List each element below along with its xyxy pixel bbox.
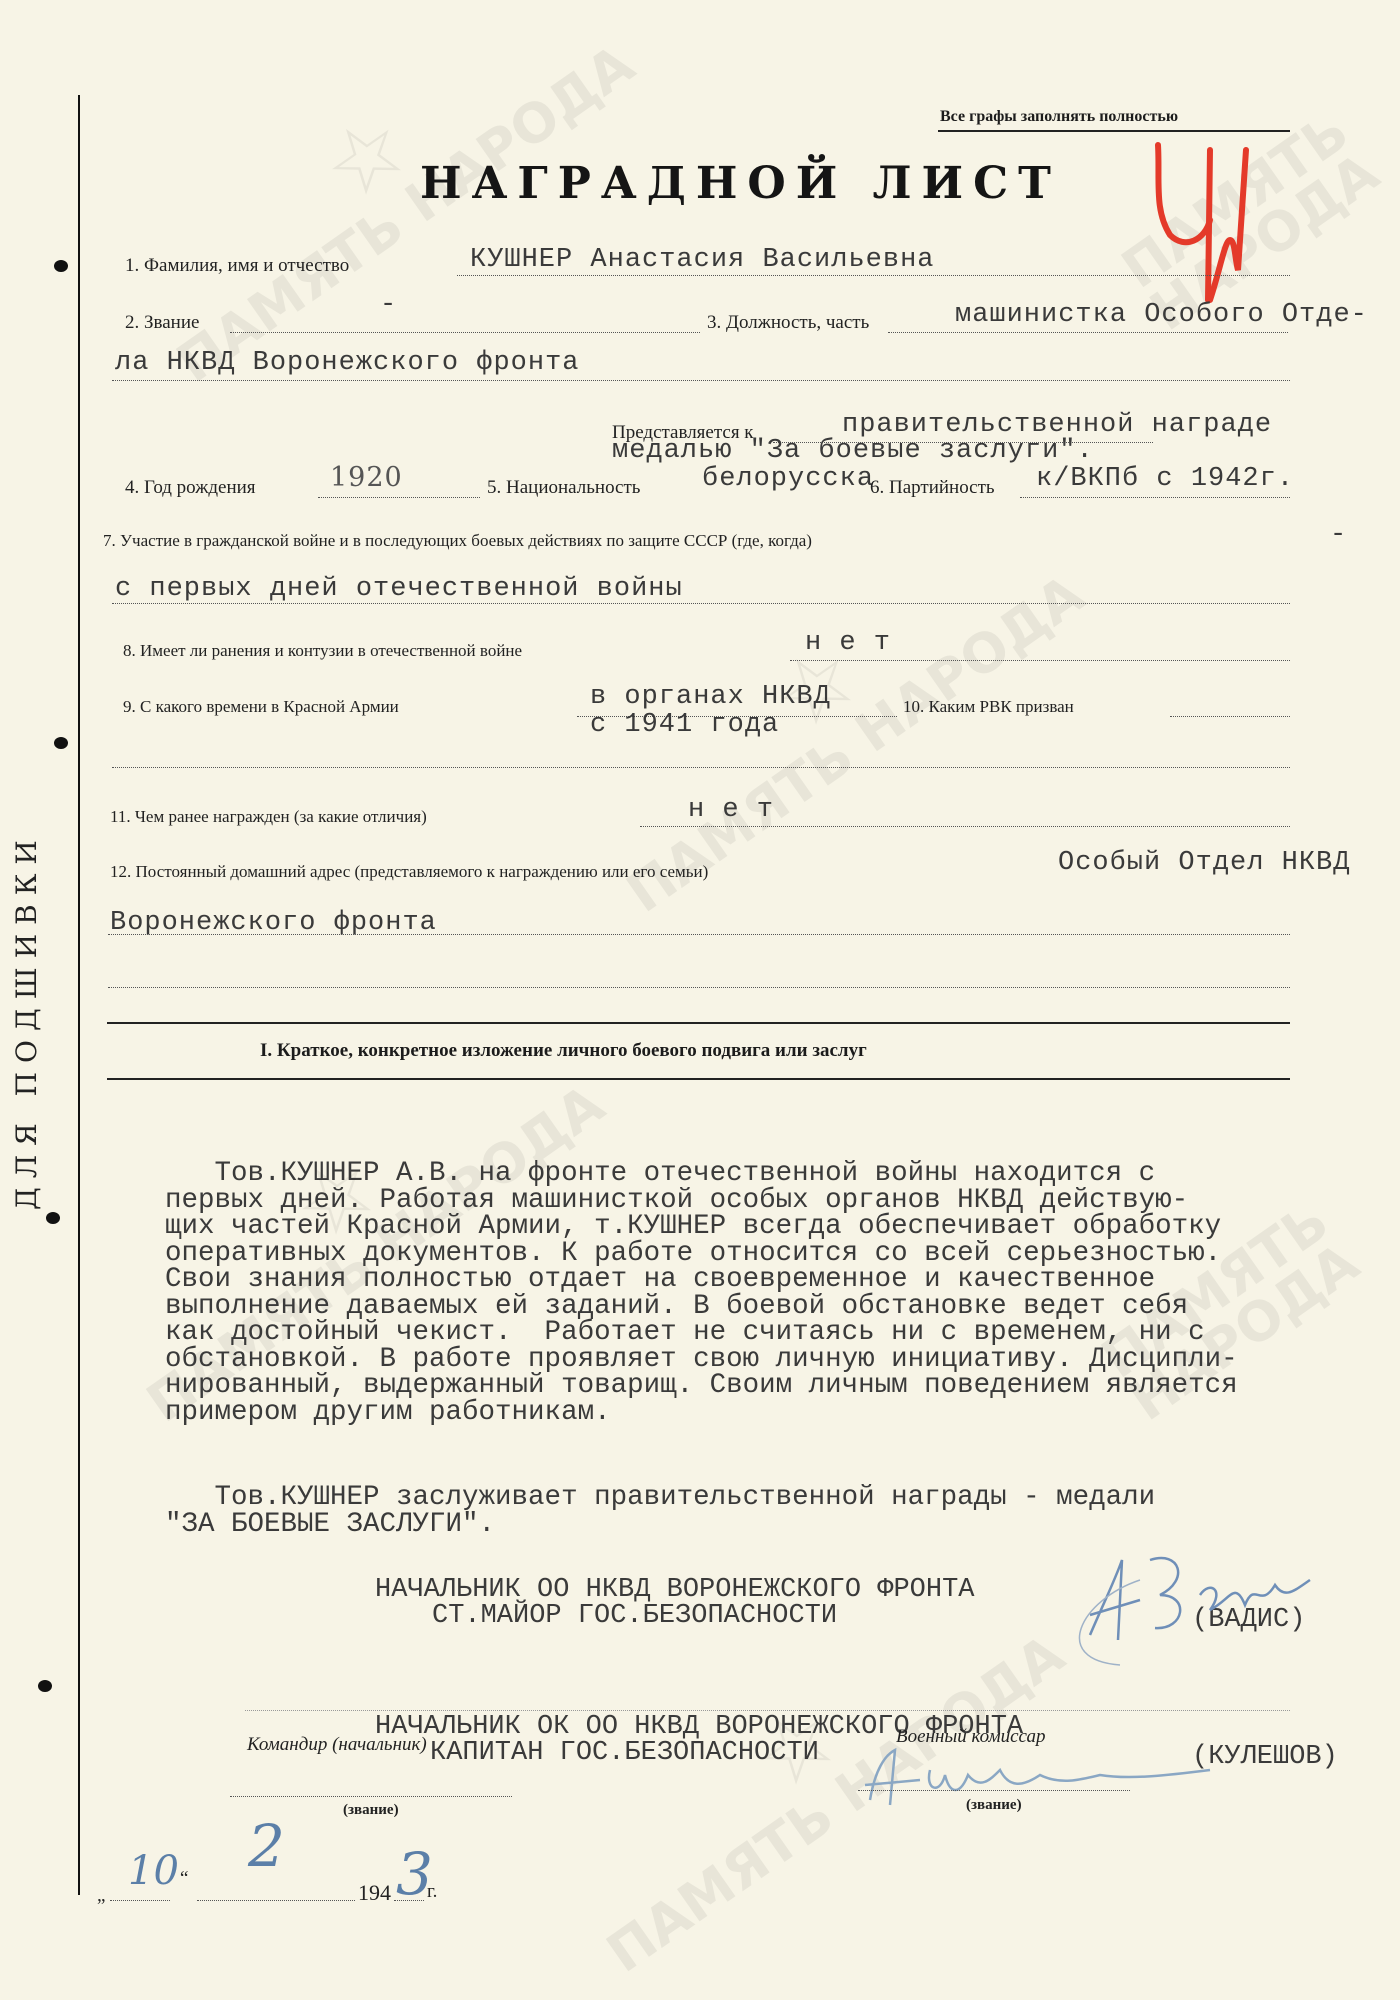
- field-4-label: 4. Год рождения: [125, 477, 256, 499]
- binding-hole: [54, 737, 68, 749]
- field-8-value: н е т: [805, 628, 891, 658]
- field-5-label: 5. Национальность: [487, 477, 640, 499]
- field-1-value: КУШНЕР Анастасия Васильевна: [470, 245, 934, 275]
- date-close-quote: “: [180, 1868, 188, 1890]
- nomination-value-line2: медалью "За боевые заслуги".: [612, 436, 1094, 466]
- field-6-value: к/ВКПб с 1942г.: [1036, 464, 1294, 494]
- field-9-value-line1: в органах НКВД: [590, 682, 831, 712]
- signatory-1-rank: СТ.МАЙОР ГОС.БЕЗОПАСНОСТИ: [432, 1601, 837, 1631]
- field-7-dash: -: [1330, 520, 1347, 550]
- field-4-line: [318, 497, 480, 498]
- field-9-label: 9. С какого времени в Красной Армии: [123, 697, 399, 717]
- field-6-label: 6. Партийность: [870, 477, 995, 499]
- binding-hole: [54, 260, 68, 272]
- field-7-value: с первых дней отечественной войны: [115, 574, 683, 604]
- field-11-line: [640, 826, 1290, 827]
- section-bottom-rule: [107, 1078, 1290, 1080]
- field-9-line2: [112, 767, 1290, 768]
- field-7-label: 7. Участие в гражданской войне и в после…: [103, 531, 812, 551]
- merit-paragraph-1: Тов.КУШНЕР А.В. на фронте отечественной …: [165, 1161, 1400, 1426]
- signature-2: [850, 1740, 1280, 1824]
- date-month: 2: [248, 1812, 285, 1880]
- field-2-value: -: [380, 290, 397, 320]
- field-12-line2: [108, 987, 1290, 988]
- field-11-label: 11. Чем ранее награжден (за какие отличи…: [110, 807, 427, 827]
- field-10-label: 10. Каким РВК призван: [903, 697, 1074, 717]
- binding-hole: [46, 1212, 60, 1224]
- field-1-label: 1. Фамилия, имя и отчество: [125, 255, 349, 277]
- field-9-value-line2: с 1941 года: [590, 710, 779, 740]
- field-3-label: 3. Должность, часть: [707, 312, 869, 334]
- red-handwritten-mark: [1150, 140, 1260, 314]
- field-8-label: 8. Имеет ли ранения и контузии в отечест…: [123, 641, 522, 661]
- merit-paragraph-2: Тов.КУШНЕР заслуживает правительственной…: [165, 1485, 1400, 1538]
- field-5-value: белорусска: [702, 464, 874, 494]
- date-month-line: [197, 1900, 355, 1901]
- field-12-label: 12. Постоянный домашний адрес (представл…: [110, 862, 708, 882]
- field-3-value-line1: машинистка Особого Отде-: [955, 300, 1368, 330]
- field-3-line: [888, 332, 1288, 333]
- field-7-line: [112, 603, 1290, 604]
- commander-label: Командир (начальник): [247, 1734, 427, 1756]
- commander-rank-line: [230, 1796, 512, 1797]
- field-12-value-line1: Особый Отдел НКВД: [1058, 848, 1350, 878]
- binding-margin-line: [78, 95, 80, 1895]
- field-6-line: [1020, 497, 1290, 498]
- header-underline: [938, 130, 1290, 132]
- signature-separator: [245, 1710, 1290, 1711]
- header-note: Все графы заполнять полностью: [940, 108, 1178, 126]
- date-year-prefix: 194: [358, 1880, 391, 1906]
- field-2-line: [230, 332, 700, 333]
- date-open-quote: „: [97, 1885, 105, 1907]
- merit-description: Тов.КУШНЕР А.В. на фронте отечественной …: [165, 1108, 1400, 1565]
- field-8-line: [790, 660, 1290, 661]
- field-11-value: н е т: [688, 795, 774, 825]
- commander-rank-label: (звание): [343, 1802, 399, 1819]
- field-3-value-line2: ла НКВД Воронежского фронта: [115, 348, 579, 378]
- field-1-line: [457, 275, 1290, 276]
- field-4-value: 1920: [330, 462, 403, 493]
- date-day-line: [110, 1900, 170, 1901]
- field-12-line: [108, 934, 1290, 935]
- document-title: НАГРАДНОЙ ЛИСТ: [420, 158, 1061, 209]
- section-heading: I. Краткое, конкретное изложение личного…: [260, 1040, 867, 1062]
- field-3-line2: [112, 380, 1290, 381]
- binding-label: ДЛЯ ПОДШИВКИ: [10, 831, 43, 1210]
- commissar-rank-line: [858, 1790, 1130, 1791]
- signature-1: [1060, 1540, 1320, 1674]
- signatory-2-rank: КАПИТАН ГОС.БЕЗОПАСНОСТИ: [430, 1738, 819, 1768]
- section-top-rule: [107, 1022, 1290, 1024]
- field-10-line: [1170, 716, 1290, 717]
- binding-hole: [38, 1680, 52, 1692]
- field-2-label: 2. Звание: [125, 312, 199, 334]
- date-day: 10: [128, 1848, 179, 1894]
- commissar-rank-label: (звание): [966, 1797, 1022, 1814]
- date-year-unit: г.: [427, 1881, 437, 1903]
